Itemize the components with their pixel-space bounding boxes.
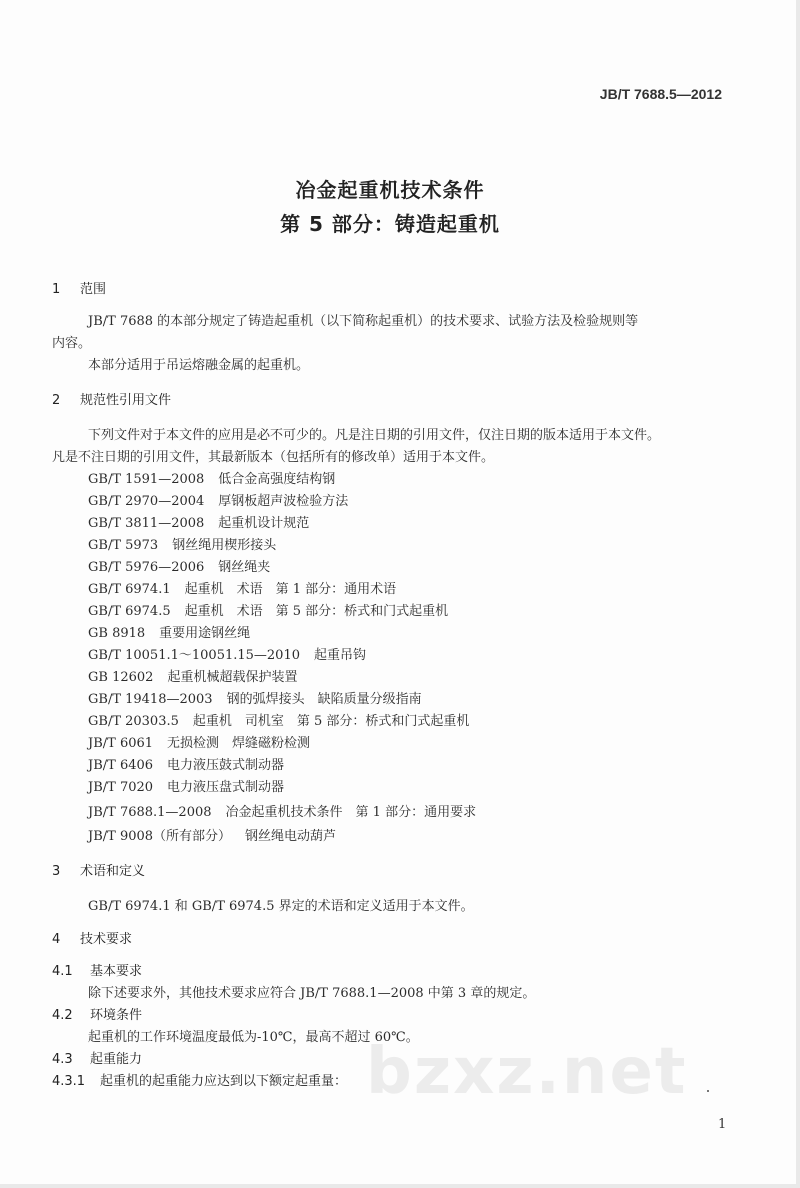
section-2-intro: 下列文件对于本文件的应用是必不可少的。凡是注日期的引用文件，仅注日期的版本适用于… bbox=[88, 428, 660, 444]
section-number: 4.3.1 bbox=[52, 1074, 100, 1090]
reference-code: GB 8918 bbox=[88, 626, 145, 642]
reference-title: 钢的弧焊接头 缺陷质量分级指南 bbox=[227, 692, 422, 707]
reference-title: 厚钢板超声波检验方法 bbox=[218, 494, 348, 509]
section-title: 范围 bbox=[80, 282, 106, 297]
section-1-paragraph: JB/T 7688 的本部分规定了铸造起重机（以下简称起重机）的技术要求、试验方… bbox=[88, 314, 638, 330]
reference-title: 冶金起重机技术条件 第 1 部分：通用要求 bbox=[226, 805, 477, 820]
section-1-paragraph-cont: 内容。 bbox=[52, 336, 91, 352]
document-page: JB/T 7688.5—2012 冶金起重机技术条件 第 5 部分：铸造起重机 … bbox=[0, 0, 796, 1184]
section-title: 规范性引用文件 bbox=[80, 393, 171, 408]
reference-code: JB/T 7688.1—2008 bbox=[88, 805, 212, 821]
section-number: 4.1 bbox=[52, 964, 90, 980]
reference-item: GB/T 19418—2003钢的弧焊接头 缺陷质量分级指南 bbox=[88, 692, 422, 708]
reference-code: GB/T 10051.1～10051.15—2010 bbox=[88, 648, 300, 664]
reference-code: JB/T 6061 bbox=[88, 736, 153, 752]
reference-code: GB/T 6974.1 bbox=[88, 582, 171, 598]
reference-item: JB/T 6406电力液压鼓式制动器 bbox=[88, 758, 284, 774]
standard-code: JB/T 7688.5—2012 bbox=[600, 86, 722, 102]
reference-item: GB/T 3811—2008起重机设计规范 bbox=[88, 516, 309, 532]
section-1-paragraph-2: 本部分适用于吊运熔融金属的起重机。 bbox=[88, 358, 309, 374]
watermark: bzxz.net bbox=[366, 1040, 687, 1104]
reference-item: GB 8918重要用途钢丝绳 bbox=[88, 626, 250, 642]
reference-item: JB/T 9008（所有部分）钢丝绳电动葫芦 bbox=[88, 829, 336, 845]
reference-item: JB/T 7020电力液压盘式制动器 bbox=[88, 780, 284, 796]
reference-title: 起重机 术语 第 1 部分：通用术语 bbox=[185, 582, 397, 597]
reference-item: GB/T 6974.1起重机 术语 第 1 部分：通用术语 bbox=[88, 582, 396, 598]
section-title: 环境条件 bbox=[90, 1008, 142, 1023]
reference-title: 起重机 术语 第 5 部分：桥式和门式起重机 bbox=[185, 604, 449, 619]
section-4-heading: 4技术要求 bbox=[52, 932, 132, 948]
reference-code: JB/T 9008（所有部分） bbox=[88, 829, 231, 845]
reference-item: GB/T 6974.5起重机 术语 第 5 部分：桥式和门式起重机 bbox=[88, 604, 448, 620]
reference-title: 起重吊钩 bbox=[314, 648, 366, 663]
section-4-1-paragraph: 除下述要求外，其他技术要求应符合 JB/T 7688.1—2008 中第 3 章… bbox=[88, 986, 535, 1002]
section-1-heading: 1范围 bbox=[52, 282, 106, 298]
section-4-3-1-clause: 4.3.1起重机的起重能力应达到以下额定起重量： bbox=[52, 1074, 347, 1090]
reference-item: JB/T 7688.1—2008冶金起重机技术条件 第 1 部分：通用要求 bbox=[88, 805, 476, 821]
section-title: 基本要求 bbox=[90, 964, 142, 979]
section-title: 起重能力 bbox=[90, 1052, 142, 1067]
section-title: 术语和定义 bbox=[80, 864, 145, 879]
document-title: 冶金起重机技术条件 bbox=[0, 174, 780, 203]
section-4-1-heading: 4.1基本要求 bbox=[52, 964, 142, 980]
reference-title: 钢丝绳夹 bbox=[218, 560, 270, 575]
reference-code: GB/T 19418—2003 bbox=[88, 692, 213, 708]
page-number: 1 bbox=[718, 1117, 726, 1132]
section-number: 4 bbox=[52, 932, 80, 948]
reference-title: 起重机设计规范 bbox=[218, 516, 309, 531]
reference-code: GB/T 6974.5 bbox=[88, 604, 171, 620]
reference-code: GB/T 5973 bbox=[88, 538, 158, 554]
reference-title: 钢丝绳用楔形接头 bbox=[172, 538, 276, 553]
section-4-2-heading: 4.2环境条件 bbox=[52, 1008, 142, 1024]
section-number: 4.3 bbox=[52, 1052, 90, 1068]
section-title: 技术要求 bbox=[80, 932, 132, 947]
reference-title: 电力液压盘式制动器 bbox=[167, 780, 284, 795]
reference-item: GB/T 10051.1～10051.15—2010起重吊钩 bbox=[88, 648, 366, 664]
section-2-intro-cont: 凡是不注日期的引用文件，其最新版本（包括所有的修改单）适用于本文件。 bbox=[52, 450, 494, 466]
section-4-3-heading: 4.3起重能力 bbox=[52, 1052, 142, 1068]
reference-code: JB/T 6406 bbox=[88, 758, 153, 774]
reference-item: GB/T 2970—2004厚钢板超声波检验方法 bbox=[88, 494, 348, 510]
section-3-heading: 3术语和定义 bbox=[52, 864, 145, 880]
reference-title: 无损检测 焊缝磁粉检测 bbox=[167, 736, 310, 751]
reference-title: 电力液压鼓式制动器 bbox=[167, 758, 284, 773]
section-number: 1 bbox=[52, 282, 80, 298]
clause-text: 起重机的起重能力应达到以下额定起重量： bbox=[100, 1074, 347, 1089]
reference-title: 起重机械超载保护装置 bbox=[167, 670, 297, 685]
reference-item: JB/T 6061无损检测 焊缝磁粉检测 bbox=[88, 736, 310, 752]
reference-item: GB 12602起重机械超载保护装置 bbox=[88, 670, 297, 686]
reference-code: GB/T 1591—2008 bbox=[88, 472, 204, 488]
reference-code: GB/T 20303.5 bbox=[88, 714, 179, 730]
reference-code: GB/T 2970—2004 bbox=[88, 494, 204, 510]
reference-title: 钢丝绳电动葫芦 bbox=[245, 829, 336, 844]
reference-code: GB/T 3811—2008 bbox=[88, 516, 204, 532]
reference-item: GB/T 5976—2006钢丝绳夹 bbox=[88, 560, 270, 576]
section-2-heading: 2规范性引用文件 bbox=[52, 393, 171, 409]
document-subtitle: 第 5 部分：铸造起重机 bbox=[0, 208, 780, 237]
reference-title: 起重机 司机室 第 5 部分：桥式和门式起重机 bbox=[193, 714, 470, 729]
speck-mark bbox=[707, 1090, 709, 1092]
section-3-paragraph: GB/T 6974.1 和 GB/T 6974.5 界定的术语和定义适用于本文件… bbox=[88, 899, 474, 915]
reference-item: GB/T 1591—2008低合金高强度结构钢 bbox=[88, 472, 335, 488]
reference-code: GB 12602 bbox=[88, 670, 153, 686]
section-number: 3 bbox=[52, 864, 80, 880]
reference-item: GB/T 5973钢丝绳用楔形接头 bbox=[88, 538, 276, 554]
section-number: 2 bbox=[52, 393, 80, 409]
reference-code: JB/T 7020 bbox=[88, 780, 153, 796]
reference-title: 重要用途钢丝绳 bbox=[159, 626, 250, 641]
section-number: 4.2 bbox=[52, 1008, 90, 1024]
reference-item: GB/T 20303.5起重机 司机室 第 5 部分：桥式和门式起重机 bbox=[88, 714, 469, 730]
reference-title: 低合金高强度结构钢 bbox=[218, 472, 335, 487]
reference-code: GB/T 5976—2006 bbox=[88, 560, 204, 576]
